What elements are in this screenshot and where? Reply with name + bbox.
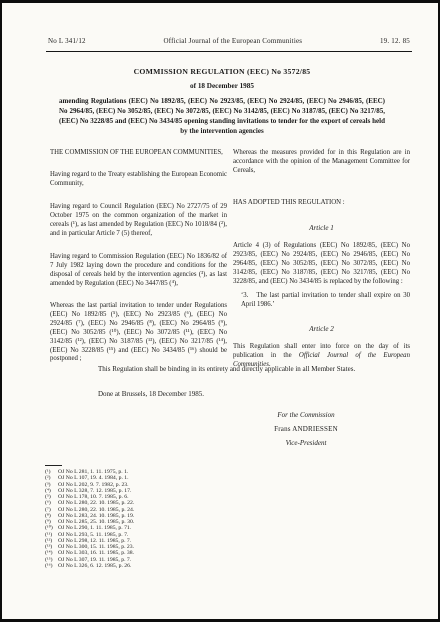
footnote-text: OJ No L 283, 24. 10. 1985, p. 19. [58, 513, 134, 519]
signature-name: Frans ANDRIESSEN [248, 425, 364, 434]
right-column: Whereas the measures provided for in thi… [233, 149, 410, 370]
title-block: COMMISSION REGULATION (EEC) No 3572/85 o… [59, 67, 385, 137]
closing-binding-clause: This Regulation shall be binding in its … [98, 365, 368, 374]
footnote-item: (¹⁶)OJ No L 326, 6. 12. 1985, p. 26. [45, 563, 245, 569]
article-1-body: Article 4 (3) of Regulations (EEC) No 18… [233, 242, 410, 287]
footnote-text: OJ No L 202, 9. 7. 1982, p. 23. [58, 482, 129, 488]
footnote-text: OJ No L 107, 19. 4. 1984, p. 1. [58, 475, 129, 481]
adoption-clause: HAS ADOPTED THIS REGULATION : [233, 199, 410, 208]
footnote-text: OJ No L 328, 7. 12. 1985, p. 17. [58, 488, 131, 494]
regulation-subject: amending Regulations (EEC) No 1892/85, (… [59, 97, 385, 137]
article-2-heading: Article 2 [233, 325, 410, 334]
article-1-quoted-text: ‘3. The last partial invitation to tende… [233, 292, 410, 310]
preamble-opening: THE COMMISSION OF THE EUROPEAN COMMUNITI… [50, 149, 227, 158]
footnote-text: OJ No L 326, 6. 12. 1985, p. 26. [58, 563, 131, 569]
signature-block: For the Commission Frans ANDRIESSEN Vice… [248, 411, 364, 448]
journal-page: No L 341/12 Official Journal of the Euro… [0, 0, 440, 622]
preamble-paragraph-treaty: Having regard to the Treaty establishing… [50, 171, 227, 189]
footnote-text: OJ No L 298, 12. 11. 1985, p. 7. [58, 538, 131, 544]
preamble-paragraph-commission-reg: Having regard to Commission Regulation (… [50, 253, 227, 289]
header-date: 19. 12. 85 [380, 37, 410, 45]
signature-for-line: For the Commission [248, 411, 364, 420]
regulation-date-line: of 18 December 1985 [59, 82, 385, 90]
footnote-marker: (¹⁶) [45, 563, 58, 569]
left-column: THE COMMISSION OF THE EUROPEAN COMMUNITI… [50, 149, 227, 370]
article-1-heading: Article 1 [233, 224, 410, 233]
body-columns: THE COMMISSION OF THE EUROPEAN COMMUNITI… [50, 149, 410, 370]
page-header: No L 341/12 Official Journal of the Euro… [48, 37, 410, 45]
signature-title: Vice-President [248, 439, 364, 448]
header-rule [46, 51, 412, 52]
header-issue-number: No L 341/12 [48, 37, 86, 45]
footnote-text: OJ No L 307, 19. 11. 1985, p. 7. [58, 557, 131, 563]
footnote-text: OJ No L 293, 5. 11. 1985, p. 7. [58, 532, 128, 538]
footnote-text: OJ No L 290, 1. 11. 1985, p. 71. [58, 525, 131, 531]
footnote-text: OJ No L 280, 22. 10. 1985, p. 22. [58, 500, 134, 506]
preamble-paragraph-whereas-postponed: Whereas the last partial invitation to t… [50, 302, 227, 365]
preamble-paragraph-whereas-committee: Whereas the measures provided for in thi… [233, 149, 410, 176]
footnote-separator [45, 465, 62, 466]
footnote-list: (¹)OJ No L 281, 1. 11. 1975, p. 1. (²)OJ… [45, 469, 245, 569]
regulation-title: COMMISSION REGULATION (EEC) No 3572/85 [59, 67, 385, 76]
closing-block: This Regulation shall be binding in its … [98, 365, 368, 399]
footnote-text: OJ No L 280, 22. 10. 1985, p. 24. [58, 507, 134, 513]
footnote-text: OJ No L 303, 16. 11. 1985, p. 38. [58, 550, 134, 556]
header-journal-title: Official Journal of the European Communi… [163, 37, 302, 45]
closing-place-date: Done at Brussels, 18 December 1985. [98, 390, 368, 399]
preamble-paragraph-council-reg: Having regard to Council Regulation (EEC… [50, 203, 227, 239]
